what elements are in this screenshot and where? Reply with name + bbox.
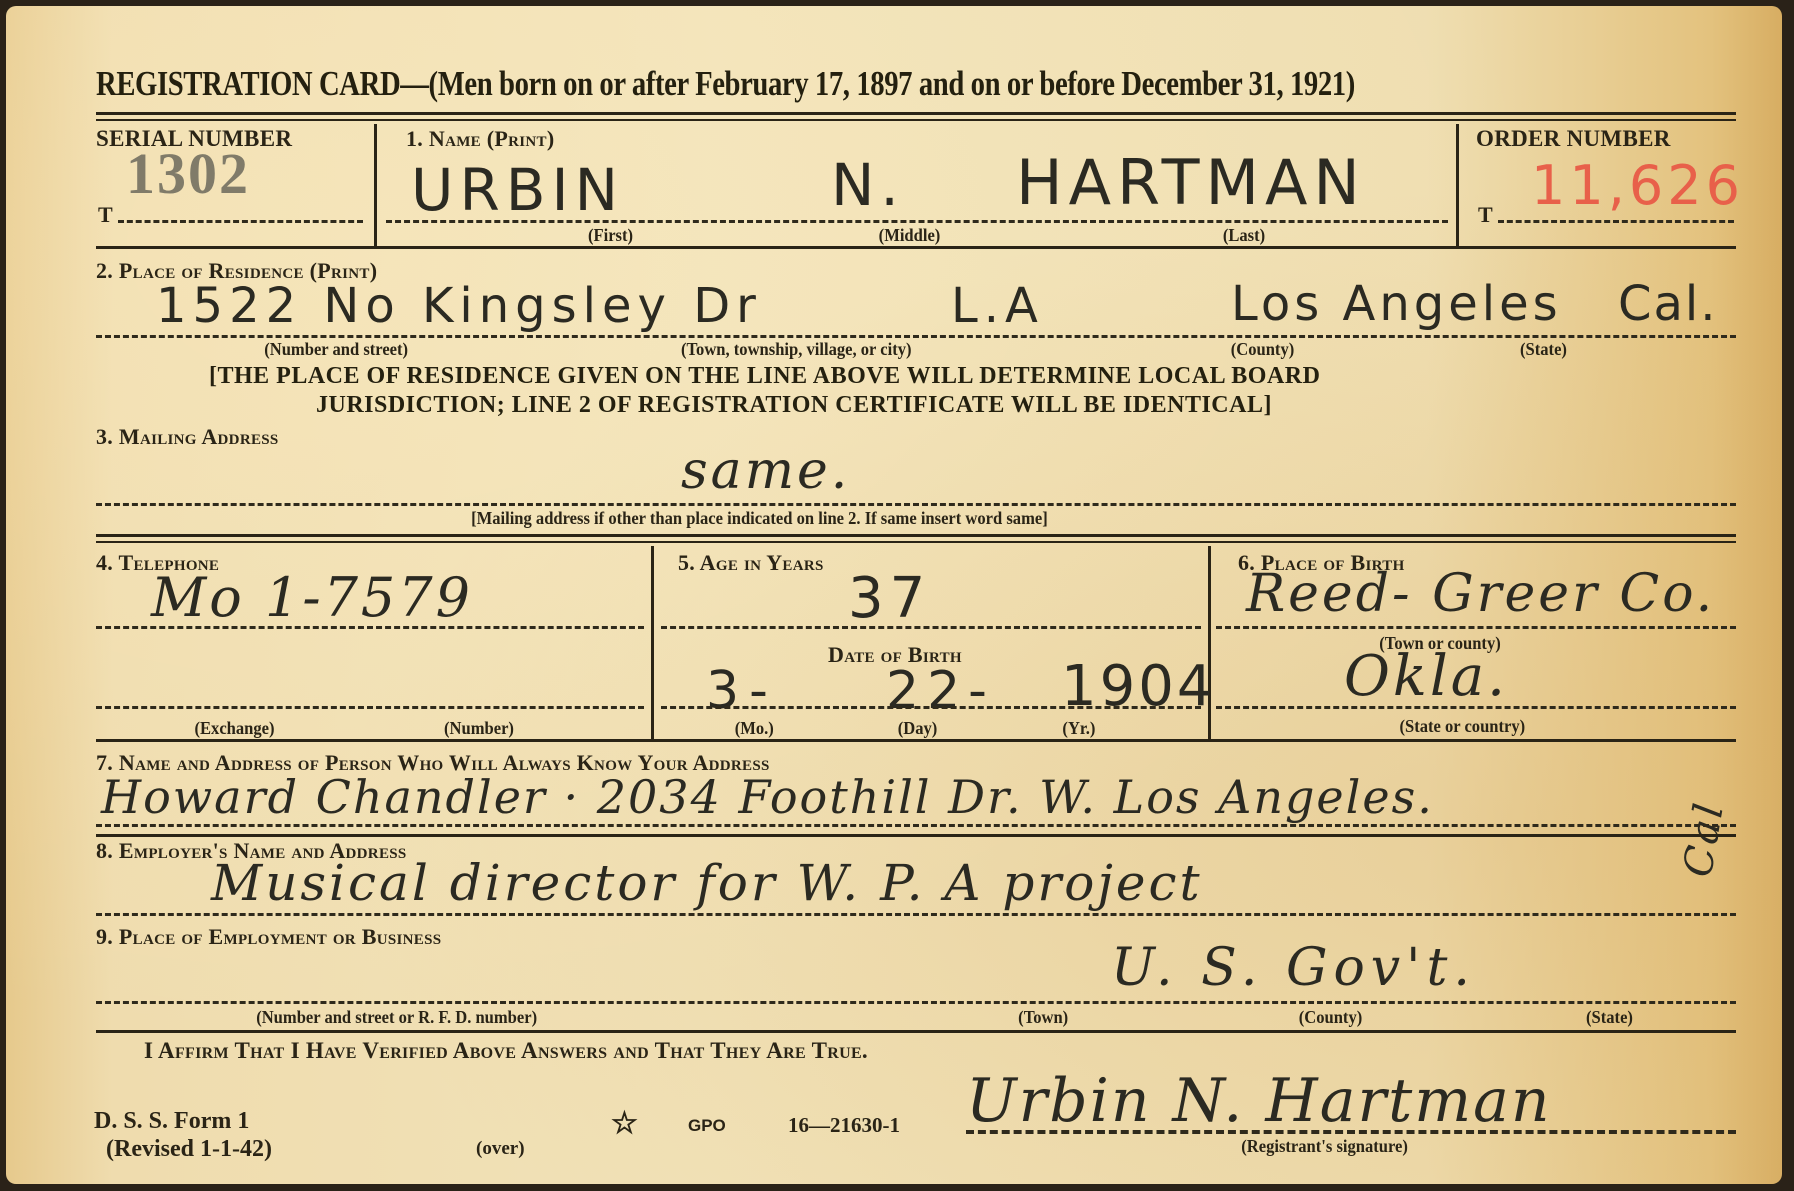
order-line <box>1498 220 1734 223</box>
employer-line <box>96 913 1736 916</box>
signature-caption: (Registrant's signature) <box>1241 1136 1408 1157</box>
employment-state-caption: (State) <box>1586 1007 1633 1028</box>
birthplace-line-2 <box>1216 706 1736 709</box>
age-value: 37 <box>848 566 931 631</box>
name-label: 1. Name (Print) <box>406 126 554 152</box>
card-title: REGISTRATION CARD—(Men born on or after … <box>96 64 1355 104</box>
employment-place-label: 9. Place of Employment or Business <box>96 924 441 950</box>
mailing-caption: [Mailing address if other than place ind… <box>471 508 1048 529</box>
residence-street-value: 1522 No Kingsley Dr <box>156 278 762 334</box>
name-last-value: HARTMAN <box>1016 146 1366 219</box>
name-middle-value: N. <box>831 151 905 219</box>
residence-line <box>96 335 1736 338</box>
employment-place-line <box>96 1001 1736 1004</box>
mailing-line <box>96 503 1736 506</box>
row4-bottom-rule <box>96 739 1736 742</box>
title-rule-bottom <box>96 119 1736 121</box>
signature-value: Urbin N. Hartman <box>966 1066 1552 1136</box>
residence-notice-line2: JURISDICTION; LINE 2 OF REGISTRATION CER… <box>316 392 1272 419</box>
dob-year-value: 1904 <box>1061 654 1216 719</box>
employment-place-value: U. S. Gov't. <box>1111 938 1476 998</box>
contact-overflow-value: Cal <box>1675 797 1734 880</box>
telephone-number-caption: (Number) <box>444 718 514 739</box>
row1-bottom-rule <box>96 246 1736 249</box>
birthplace-state-caption: (State or country) <box>1399 716 1525 737</box>
form-id: D. S. S. Form 1 <box>94 1108 249 1135</box>
name-first-caption: (First) <box>588 225 633 246</box>
telephone-divider <box>651 546 654 739</box>
registration-card: REGISTRATION CARD—(Men born on or after … <box>6 6 1782 1184</box>
employer-value: Musical director for W. P. A project <box>211 854 1203 912</box>
telephone-line-2 <box>96 706 644 709</box>
row7-bottom-rule <box>96 834 1736 837</box>
serial-divider <box>374 124 377 246</box>
serial-line <box>118 220 363 223</box>
row3-rule-bottom <box>96 541 1736 543</box>
age-line <box>661 626 1201 629</box>
name-line <box>386 220 1448 223</box>
form-revised: (Revised 1-1-42) <box>106 1136 272 1163</box>
serial-number-value: 1302 <box>126 140 250 207</box>
dob-month-caption: (Mo.) <box>735 718 774 739</box>
telephone-value: Mo 1-7579 <box>151 566 473 629</box>
mailing-address-value: same. <box>681 441 850 501</box>
print-code: 16—21630-1 <box>788 1113 900 1138</box>
gpo-text: GPO <box>688 1116 726 1136</box>
employment-street-caption: (Number and street or R. F. D. number) <box>256 1007 537 1028</box>
residence-state-value: Cal. <box>1618 276 1718 332</box>
title-rule-top <box>96 112 1736 115</box>
mailing-address-label: 3. Mailing Address <box>96 424 279 450</box>
residence-state-caption: (State) <box>1520 339 1567 360</box>
birthplace-line-1 <box>1216 626 1736 629</box>
order-number-label: ORDER NUMBER <box>1476 126 1671 152</box>
dob-month-value: 3- <box>706 661 778 721</box>
order-divider <box>1456 124 1459 246</box>
employment-county-caption: (County) <box>1299 1007 1362 1028</box>
name-middle-caption: (Middle) <box>879 225 941 246</box>
residence-county-caption: (County) <box>1231 339 1294 360</box>
contact-line <box>96 824 1736 827</box>
residence-town-value: L.A <box>951 278 1044 334</box>
name-last-caption: (Last) <box>1223 225 1265 246</box>
serial-prefix: T <box>98 202 113 228</box>
residence-street-caption: (Number and street) <box>264 339 408 360</box>
order-number-value: 11,626 <box>1531 154 1744 217</box>
telephone-line-1 <box>96 626 644 629</box>
residence-notice-line1: [THE PLACE OF RESIDENCE GIVEN ON THE LIN… <box>209 363 1320 390</box>
residence-town-caption: (Town, township, village, or city) <box>681 339 911 360</box>
birthplace-town-value: Reed- Greer Co. <box>1246 564 1715 624</box>
affirmation-text: I Affirm That I Have Verified Above Answ… <box>144 1038 868 1064</box>
name-first-value: URBIN <box>411 156 624 224</box>
telephone-exchange-caption: (Exchange) <box>194 718 274 739</box>
dob-day-value: 22- <box>886 661 995 721</box>
signature-line <box>966 1130 1736 1134</box>
contact-value: Howard Chandler · 2034 Foothill Dr. W. L… <box>101 770 1434 824</box>
employment-town-caption: (Town) <box>1018 1007 1068 1028</box>
birthplace-state-value: Okla. <box>1344 644 1508 709</box>
age-label: 5. Age in Years <box>678 550 824 576</box>
dob-day-caption: (Day) <box>898 718 938 739</box>
dob-line <box>661 706 1201 709</box>
order-prefix: T <box>1478 202 1493 228</box>
residence-county-value: Los Angeles <box>1231 276 1562 332</box>
over-text: (over) <box>476 1138 525 1160</box>
row3-rule-top <box>96 534 1736 537</box>
star-icon: ☆ <box>611 1106 638 1141</box>
dob-year-caption: (Yr.) <box>1062 718 1095 739</box>
row9-bottom-rule <box>96 1030 1736 1033</box>
